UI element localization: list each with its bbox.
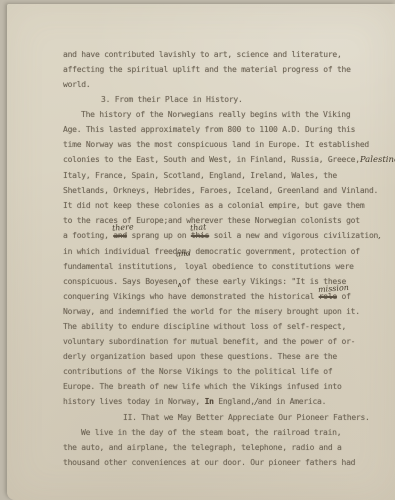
typed-text: conspicuous. Says Boyesen of these early… [63,277,346,286]
typed-text: In [205,397,214,406]
typed-text: affecting the spiritual uplift and the m… [63,65,351,74]
typed-line: voluntary subordination for mutual benef… [63,334,381,349]
typed-line: and have contributed lavishly to art, sc… [63,47,381,62]
typed-line: time Norway was the most conspicuous lan… [63,137,381,152]
typed-text: sprang up on [127,231,191,240]
typed-line: a footing, thereand sprang up on thatthi… [63,228,381,244]
handwritten-insertion: and [176,245,192,261]
typed-text: Age. This lasted approximately from 800 … [63,125,355,134]
typed-text: in which individual freedom, democratic … [63,247,360,256]
typed-text: derly organization based upon these ques… [63,352,337,361]
typed-line: The history of the Norwegians really beg… [63,107,381,122]
correction-wrap: thatthis [191,228,209,243]
typed-line: Italy, France, Spain, Scotland, England,… [63,168,381,183]
typed-line: Europe. The breath of new life which the… [63,379,381,394]
typed-text: fundamental institutions, [63,262,177,271]
typed-text: thousand other conveniences at our door.… [63,458,355,467]
typed-text: voluntary subordination for mutual benef… [63,337,355,346]
typed-line: II. That we May Better Appreciate Our Pi… [63,410,381,425]
typed-line: history lives today in Norway, In Englan… [63,394,381,410]
typed-text: II. That we May Better Appreciate Our Pi… [123,413,370,422]
typed-text: 3. From their Place in History. [101,95,243,104]
manuscript-page: and have contributed lavishly to art, sc… [7,4,395,500]
handwritten-text: , [378,231,381,241]
handwritten-insertion: there [112,219,135,235]
typed-line: the auto, and airplane, the telegraph, t… [63,440,381,455]
typed-line: Shetlands, Orkneys, Hebrides, Faroes, Ic… [63,183,381,198]
typed-line: fundamental institutions,and∧ loyal obed… [63,259,381,274]
typed-text: to the races of Europe;and wherever thes… [63,216,360,225]
typed-line: Age. This lasted approximately from 800 … [63,122,381,137]
typed-line: Norway, and indemnified the world for th… [63,304,381,319]
typed-text: Norway, and indemnified the world for th… [63,307,360,316]
typed-line: We live in the day of the steam boat, th… [63,425,381,440]
typed-text: Italy, France, Spain, Scotland, England,… [63,171,337,180]
typed-text: conquering Vikings who have demonstrated… [63,292,319,301]
typed-line: conquering Vikings who have demonstrated… [63,289,381,304]
typed-text: and in America. [258,397,327,406]
typed-text: history lives today in Norway, [63,397,205,406]
typed-line: affecting the spiritual uplift and the m… [63,62,381,77]
typed-text: Europe. The breath of new life which the… [63,382,342,391]
typed-line: in which individual freedom, democratic … [63,244,381,259]
typed-line: thousand other conveniences at our door.… [63,455,381,470]
typewritten-text-block: and have contributed lavishly to art, sc… [63,47,381,470]
handwritten-insertion: mission [317,280,349,297]
typed-text: We live in the day of the steam boat, th… [81,428,341,437]
typed-text: loyal obedience to constitutions were [180,262,354,271]
typed-line: 3. From their Place in History. [63,92,381,107]
correction-wrap: thereand [113,228,127,243]
typed-text: It did not keep these colonies as a colo… [63,201,364,210]
typed-line: colonies to the East, South and West, in… [63,152,381,168]
typed-text: The ability to endure discipline without… [63,322,346,331]
typed-text: England, [214,397,255,406]
typed-text: colonies to the East, South and West, in… [63,155,360,164]
typed-text: time Norway was the most conspicuous lan… [63,140,369,149]
typed-text: contributions of the Norse Vikings to th… [63,367,332,376]
typed-line: It did not keep these colonies as a colo… [63,198,381,213]
typed-text: and have contributed lavishly to art, sc… [63,50,342,59]
typed-text: world. [63,80,90,89]
typed-line: contributions of the Norse Vikings to th… [63,364,381,379]
typed-text: Shetlands, Orkneys, Hebrides, Faroes, Ic… [63,186,378,195]
typed-line: world. [63,77,381,92]
handwritten-insertion: that [189,219,206,235]
correction-wrap: missionrole [319,289,337,304]
typed-text: the auto, and airplane, the telegraph, t… [63,443,342,452]
typed-line: derly organization based upon these ques… [63,349,381,364]
typed-text: The history of the Norwegians really beg… [81,110,350,119]
typed-text: soil a new and vigorous civilization [209,231,378,240]
typed-text: a footing, [63,231,113,240]
typed-line: The ability to endure discipline without… [63,319,381,334]
handwritten-text: Palestine, [360,155,395,165]
